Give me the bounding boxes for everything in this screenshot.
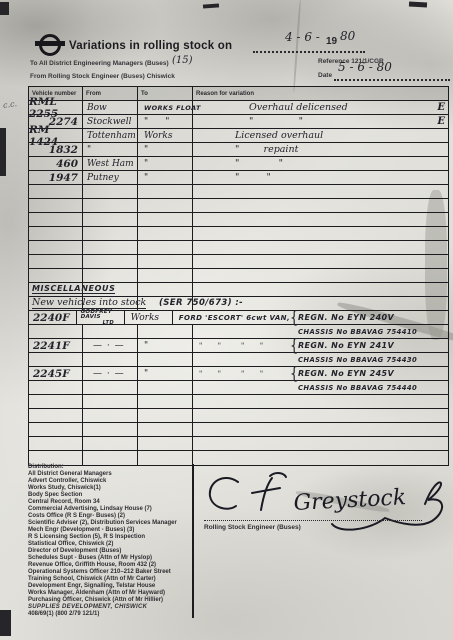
to-cell: Works [125,311,173,324]
handwritten-year: 80 [340,29,355,43]
date-label: Date [318,72,332,79]
reason-cell: FORD 'ESCORT' 6cwt VAN, {REGN. No EYN 24… [173,311,448,324]
table-row: 2240F GODFREY DAVIS LTD Works FORD 'ESCO… [29,311,448,325]
variations-table: Vehicle number From To Reason for variat… [28,86,449,466]
reason-cell: " " [193,157,448,170]
to-cell: " [138,367,193,380]
registration-number: {REGN. No EYN 245V [290,369,448,378]
distribution-label: Distribution: [28,464,190,471]
distribution-item: Advert Controller, Chiswick [28,478,190,485]
title-date-line: 4 - 6 - 19 80 [253,34,365,53]
margin-note: E [437,116,445,127]
registration-number: {REGN. No EYN 241V [290,341,448,350]
chassis-row: CHASSIS No BBAVAG 754440 [29,381,448,395]
from-cell: Tottenham [83,129,138,142]
from-cell: Stockwell [83,115,138,128]
to-cell: " " [138,115,193,128]
handwritten-date-value: 5 - 6 - 80 [338,60,392,74]
registration-number: {REGN. No EYN 240V [290,313,448,322]
distribution-item: Body Spec Section [28,492,190,499]
table-header-row: Vehicle number From To Reason for variat… [29,87,448,101]
distribution-item: Scientific Adviser (2), Distribution Ser… [28,520,190,527]
from-cell: " [83,143,138,156]
chassis-number: CHASSIS No BBAVAG 754440 [290,384,448,392]
empty-row [29,451,448,465]
table-row: 2241F — · — " " " " " {REGN. No EYN 241V [29,339,448,353]
scan-artifact [0,610,11,636]
from-line: From Rolling Stock Engineer (Buses) Chis… [30,73,175,80]
empty-row [29,409,448,423]
to-cell: " [138,143,193,156]
signature-block: Greystock Rolling Stock Engineer (Buses) [200,466,450,546]
handwritten-date: 4 - 6 - [285,30,320,44]
distribution-item: Mech Engr (Development - Buses) (3) [28,527,190,534]
empty-row [29,395,448,409]
distribution-item: Operational Systems Officer 210–212 Bake… [28,569,190,576]
from-cell: GODFREY DAVIS LTD [77,311,125,324]
empty-row [29,255,448,269]
chassis-number: CHASSIS No BBAVAG 754410 [290,328,448,336]
header-reason: Reason for variation [193,87,448,100]
distribution-items: All District General ManagersAdvert Cont… [28,471,190,604]
form-code: 408/69(1) (800 2/79 121/1) [28,611,190,618]
empty-row [29,185,448,199]
empty-row [29,199,448,213]
signature-line [204,520,422,521]
to-cell: WORKS FLOAT [138,101,193,114]
distribution-item: Commercial Advertising, Lindsay House (7… [28,506,190,513]
reason-cell: " " [193,115,448,128]
form-title: Variations in rolling stock on [69,40,232,52]
distribution-item: Works Manager, Aldenham (Attn of Mr Hayw… [28,590,190,597]
chassis-number: CHASSIS No BBAVAG 754430 [290,356,448,364]
distribution-item: Central Record, Room 34 [28,499,190,506]
empty-row [29,227,448,241]
chassis-row: CHASSIS No BBAVAG 754430 [29,353,448,367]
scanned-form-page: c.c. Variations in rolling stock on 4 - … [0,0,453,640]
vehicle-number: 2241F [29,339,83,352]
distribution-item: R S Licensing Section (5), R S Inspectio… [28,534,190,541]
distribution-item: Purchasing Officer, Chiswick (Attn of Mr… [28,597,190,604]
chassis-row: CHASSIS No BBAVAG 754410 [29,325,448,339]
from-cell: Bow [83,101,138,114]
to-cell: " [138,157,193,170]
scan-artifact [0,2,9,15]
distribution-item: Director of Development (Buses) [28,548,190,555]
empty-row [29,269,448,283]
vehicle-number: 2245F [29,367,83,380]
printed-year-prefix: 19 [326,36,337,47]
scan-artifact [0,128,6,176]
to-line: To All District Engineering Managers (Bu… [30,60,169,67]
date-dotted-line: 5 - 6 - 80 [334,60,450,81]
handwritten-count: (15) [172,55,193,66]
empty-row [29,241,448,255]
to-cell: Works [138,129,193,142]
table-row: 2245F — · — " " " " " {REGN. No EYN 245V [29,367,448,381]
reason-cell: " repaint [193,143,448,156]
from-cell: Putney [83,171,138,184]
reason-cell: " " [193,171,448,184]
distribution-item: Development Engr, Signalling, Telstar Ho… [28,583,190,590]
vehicle-description: " " " " [195,370,290,378]
table-row: 2274 Stockwell " " " " E [29,115,448,129]
distribution-item: Revenue Office, Griffith House, Room 432… [28,562,190,569]
vehicle-number: 1832 [29,143,83,156]
scan-artifact [203,3,219,8]
svg-text:Greystock: Greystock [293,485,407,516]
supplies-line: SUPPLIES DEVELOPMENT, CHISWICK [28,604,190,611]
from-cell: — · — [83,367,138,380]
vehicle-number: RML 2255 [29,101,83,114]
table-row: 460 West Ham " " " [29,157,448,171]
table-row: RML 2255 Bow WORKS FLOAT Overhaul delice… [29,101,448,115]
empty-row [29,437,448,451]
distribution-item: Statistical Office, Chiswick (2) [28,541,190,548]
roundel-bar [35,41,65,46]
from-cell: West Ham [83,157,138,170]
table-row: RM 1424 Tottenham Works Licensed overhau… [29,129,448,143]
distribution-item: All District General Managers [28,471,190,478]
new-vehicles-line: New vehicles into stock [32,297,146,309]
reason-cell: Licensed overhaul [193,129,448,142]
to-cell: " [138,171,193,184]
to-cell: " [138,339,193,352]
vehicle-number: RM 1424 [29,129,83,142]
distribution-item: Works Study, Chiswick(1) [28,485,190,492]
signature-role: Rolling Stock Engineer (Buses) [204,524,301,531]
distribution-item: Costs Office (R S Engr- Buses) (2) [28,513,190,520]
distribution-list: Distribution: All District General Manag… [28,464,190,618]
header-from: From [83,87,138,100]
distribution-item: Training School, Chiswick (Attn of Mr Ca… [28,576,190,583]
vehicle-number: 460 [29,157,83,170]
miscellaneous-heading: MISCELLANEOUS [32,284,115,294]
miscellaneous-heading-row: MISCELLANEOUS [29,283,448,297]
vehicle-description: FORD 'ESCORT' 6cwt VAN, [175,314,290,322]
reason-cell: Overhaul delicensed [193,101,448,114]
reason-cell: " " " " {REGN. No EYN 241V [193,339,448,352]
from-cell: — · — [83,339,138,352]
reason-cell: " " " " {REGN. No EYN 245V [193,367,448,380]
margin-scribble: c.c. [2,99,17,110]
margin-note: E [437,102,445,113]
scan-artifact [409,2,427,8]
table-row: 1832 " " " repaint [29,143,448,157]
header-to: To [138,87,193,100]
vehicle-number: 1947 [29,171,83,184]
london-transport-roundel-icon [38,33,62,57]
table-row: 1947 Putney " " " [29,171,448,185]
distribution-item: Schedules Supt - Buses (Attn of Mr Hyslo… [28,555,190,562]
vehicle-description: " " " " [195,342,290,350]
empty-row [29,423,448,437]
vehicle-number: 2240F [29,311,77,324]
bottom-section-divider [192,464,194,618]
ser-reference: (SER 750/673) :- [159,298,243,308]
empty-row [29,213,448,227]
